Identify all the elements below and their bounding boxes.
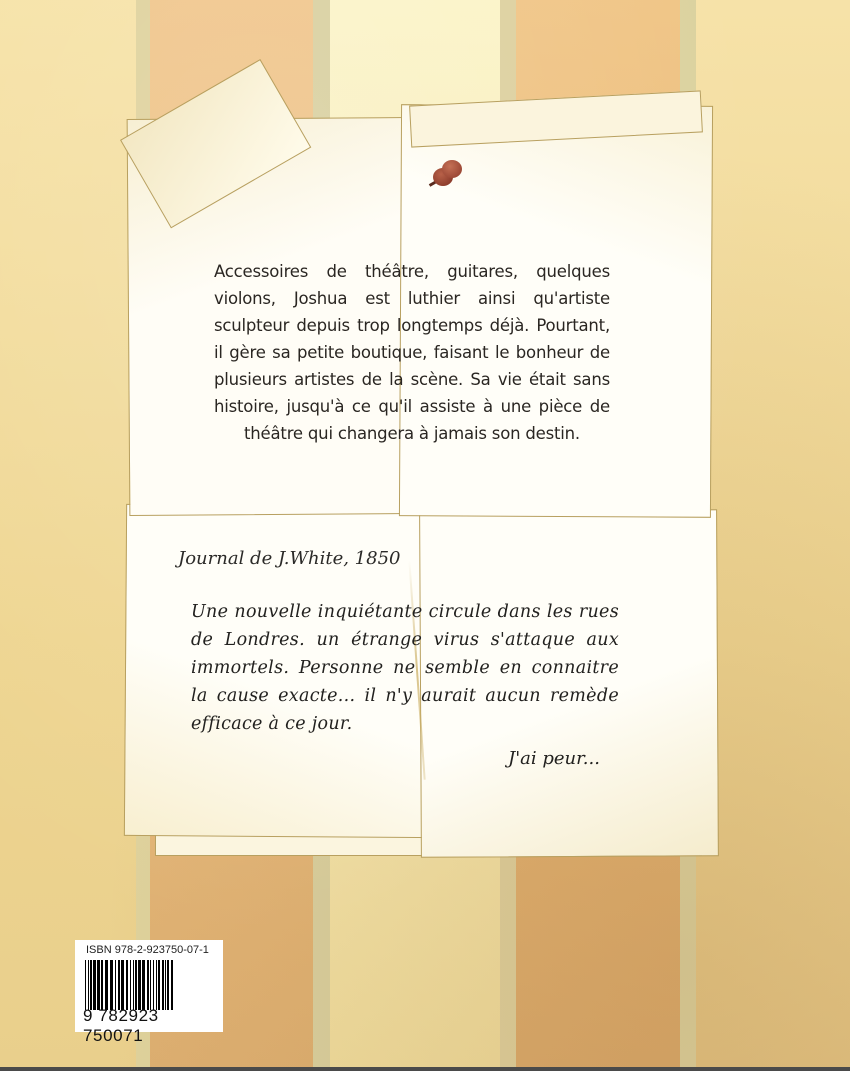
isbn-barcode: ISBN 978-2-923750-07-1 9 782923 750071 [75,940,223,1032]
pushpin-icon [429,160,465,190]
journal-heading: Journal de J.White, 1850 [178,548,400,569]
book-blurb: Accessoires de théâtre, guitares, quelqu… [214,258,610,447]
ean-digits: 9 782923 750071 [83,1006,223,1046]
journal-signoff: J'ai peur... [508,748,600,769]
isbn-label: ISBN 978-2-923750-07-1 [86,944,209,956]
barcode-bars [85,960,213,1010]
journal-entry: Une nouvelle inquiétante circule dans le… [191,598,619,738]
